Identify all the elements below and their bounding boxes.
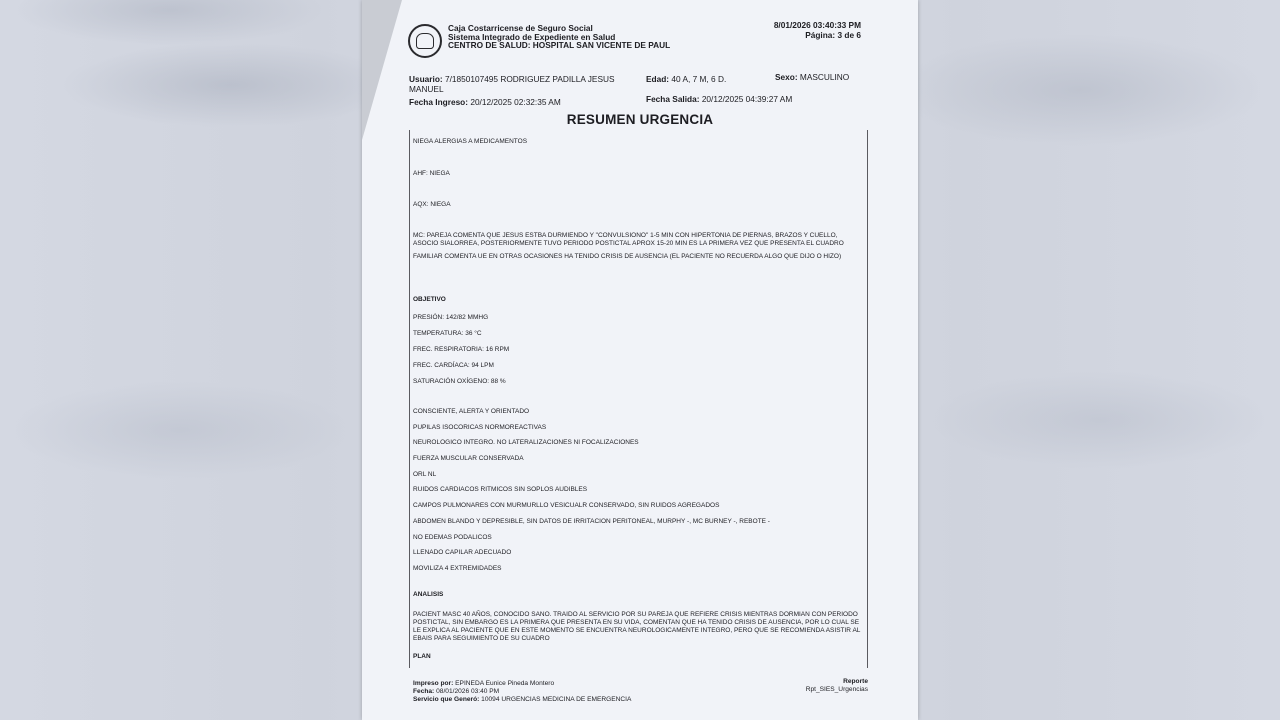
exam-line: ABDOMEN BLANDO Y DEPRESIBLE, SIN DATOS D…	[413, 518, 863, 526]
exam-line: CAMPOS PULMONARES CON MURMURLLO VESICUAL…	[413, 502, 863, 510]
patient-sex: Sexo: MASCULINO	[775, 72, 849, 82]
fecha-value: 08/01/2026 03:40 PM	[436, 688, 499, 695]
analysis-text: PACIENT MASC 40 AÑOS, CONOCIDO SANO. TRA…	[413, 611, 863, 643]
reporte-value: Rpt_SIES_Urgencias	[806, 686, 868, 694]
printed-datetime: 8/01/2026 03:40:33 PM	[774, 20, 861, 30]
chief-complaint: MC: PAREJA COMENTA QUE JESUS ESTBA DURMI…	[413, 232, 863, 248]
vital-respiratory-rate: FREC. RESPIRATORIA: 16 RPM	[413, 346, 863, 354]
allergies-line: NIEGA ALERGIAS A MEDICAMENTOS	[413, 138, 863, 146]
fecha-ingreso-label: Fecha Ingreso:	[409, 97, 468, 107]
fecha-salida-value: 20/12/2025 04:39:27 AM	[702, 94, 792, 104]
exam-line: NO EDEMAS PODALICOS	[413, 534, 863, 542]
edad-label: Edad:	[646, 74, 669, 84]
aqx-line: AQX: NIEGA	[413, 201, 863, 209]
logo-emblem	[416, 33, 434, 49]
usuario-value-cont: MANUEL	[409, 84, 444, 94]
report-footer: Reporte Rpt_SIES_Urgencias	[806, 678, 868, 694]
servicio-value: 10094 URGENCIAS MEDICINA DE EMERGENCIA	[481, 696, 631, 703]
usuario-label: Usuario:	[409, 74, 443, 84]
vital-temperature: TEMPERATURA: 36 °C	[413, 330, 863, 338]
document-title: RESUMEN URGENCIA	[362, 112, 918, 127]
family-comment: FAMILIAR COMENTA UE EN OTRAS OCASIONES H…	[413, 253, 863, 261]
sexo-label: Sexo:	[775, 72, 798, 82]
admission-date: Fecha Ingreso: 20/12/2025 02:32:35 AM	[409, 97, 561, 107]
organization-header: Caja Costarricense de Seguro Social Sist…	[448, 24, 670, 50]
exam-line: MOVILIZA 4 EXTREMIDADES	[413, 565, 863, 573]
usuario-value: 7/1850107495 RODRIGUEZ PADILLA JESUS	[445, 74, 615, 84]
exam-line: CONSCIENTE, ALERTA Y ORIENTADO	[413, 408, 863, 416]
patient-age: Edad: 40 A, 7 M, 6 D.	[646, 74, 726, 84]
health-center: CENTRO DE SALUD: HOSPITAL SAN VICENTE DE…	[448, 41, 670, 50]
ahf-line: AHF: NIEGA	[413, 170, 863, 178]
reporte-label: Reporte	[806, 678, 868, 686]
exam-line: RUIDOS CARDIACOS RITMICOS SIN SOPLOS AUD…	[413, 486, 863, 494]
exam-line: NEUROLOGICO INTEGRO. NO LATERALIZACIONES…	[413, 439, 863, 447]
impreso-label: Impreso por:	[413, 680, 453, 687]
exam-line: LLENADO CAPILAR ADECUADO	[413, 549, 863, 557]
exam-line: ORL NL	[413, 471, 863, 479]
vital-pressure: PRESIÓN: 142/82 MMHG	[413, 314, 863, 322]
vital-heart-rate: FREC. CARDÍACA: 94 LPM	[413, 362, 863, 370]
vital-oxygen-saturation: SATURACIÓN OXÍGENO: 88 %	[413, 378, 863, 386]
fecha-label: Fecha:	[413, 688, 434, 695]
patient-user: Usuario: 7/1850107495 RODRIGUEZ PADILLA …	[409, 74, 629, 94]
impreso-value: EPINEDA Eunice Pineda Montero	[455, 680, 554, 687]
exam-line: FUERZA MUSCULAR CONSERVADA	[413, 455, 863, 463]
plan-heading: PLAN	[413, 653, 863, 661]
page-number: Página: 3 de 6	[774, 30, 861, 40]
objetivo-heading: OBJETIVO	[413, 296, 863, 304]
document-page: Caja Costarricense de Seguro Social Sist…	[362, 0, 918, 720]
edad-value: 40 A, 7 M, 6 D.	[671, 74, 726, 84]
ccss-logo-icon	[408, 24, 442, 58]
sexo-value: MASCULINO	[800, 72, 849, 82]
exam-line: PUPILAS ISOCORICAS NORMOREACTIVAS	[413, 424, 863, 432]
analisis-heading: ANALISIS	[413, 591, 863, 599]
content-frame	[409, 130, 868, 668]
servicio-label: Servicio que Generó:	[413, 696, 479, 703]
fecha-ingreso-value: 20/12/2025 02:32:35 AM	[470, 97, 560, 107]
discharge-date: Fecha Salida: 20/12/2025 04:39:27 AM	[646, 94, 792, 104]
print-footer: Impreso por: EPINEDA Eunice Pineda Monte…	[413, 680, 631, 704]
fecha-salida-label: Fecha Salida:	[646, 94, 700, 104]
print-info: 8/01/2026 03:40:33 PM Página: 3 de 6	[774, 20, 861, 40]
